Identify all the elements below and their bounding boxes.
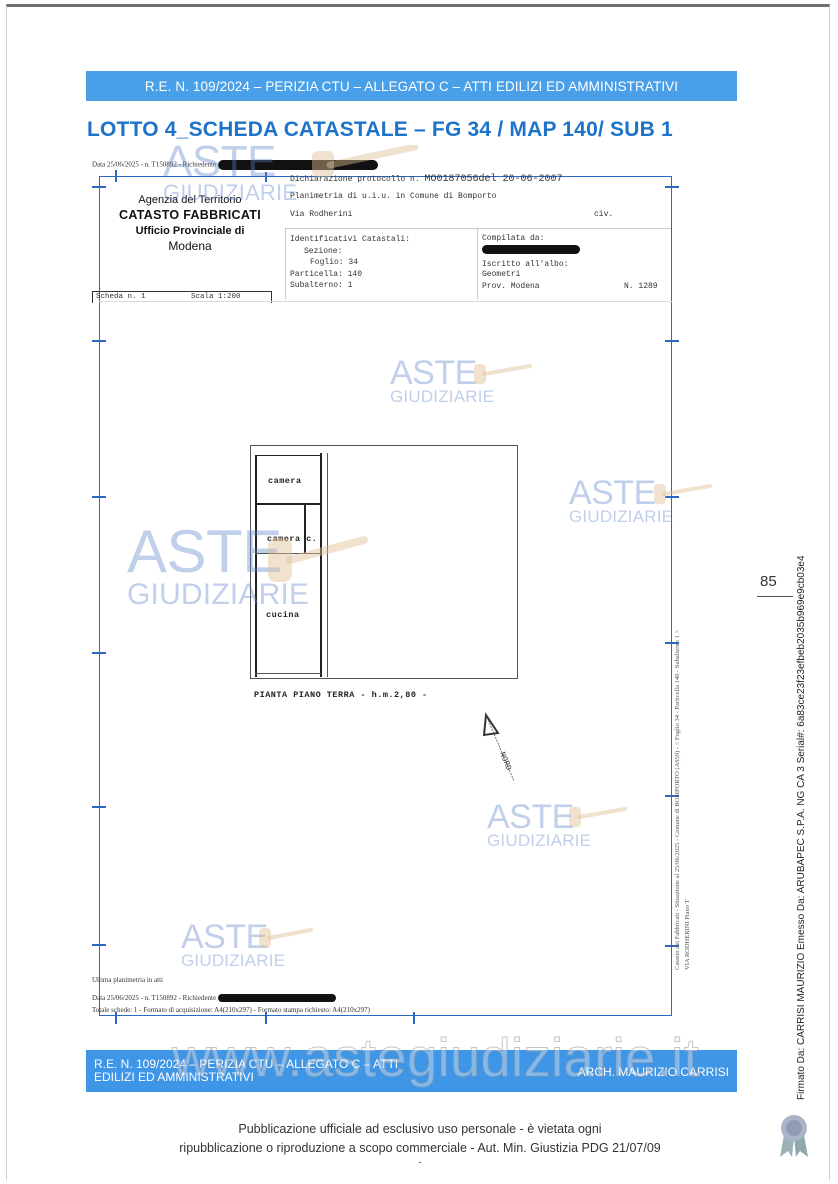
sezione: Sezione:	[290, 246, 410, 258]
side-registry-note: Catasto dei Fabbricati - Situazione al 2…	[674, 520, 681, 970]
identifiers-heading: Identificativi Catastali:	[290, 234, 410, 246]
separator	[99, 301, 672, 302]
frame-tick	[92, 496, 106, 498]
north-arrow-icon: NORD	[480, 705, 525, 785]
publication-line-2: ripubblicazione o riproduzione a scopo c…	[140, 1139, 700, 1158]
frame-tick	[92, 652, 106, 654]
publication-dash: -	[140, 1158, 700, 1166]
format-note: Totale schede: 1 - Formato di acquisizio…	[92, 1006, 370, 1018]
header-banner: R.E. N. 109/2024 – PERIZIA CTU – ALLEGAT…	[86, 71, 737, 101]
plan-caption: PIANTA PIANO TERRA - h.m.2,80 -	[254, 690, 428, 700]
north-label: NORD	[497, 751, 513, 772]
frame-tick	[92, 806, 106, 808]
frame-tick	[413, 1012, 415, 1024]
gavel-watermark-icon	[470, 360, 535, 390]
digital-signature: Firmato Da: CARRISI MAURIZIO Emesso Da: …	[796, 555, 807, 1100]
certification-seal-icon	[776, 1113, 812, 1159]
room-label: camera	[268, 476, 302, 486]
redacted-compiler	[482, 245, 580, 254]
room-label: cucina	[266, 610, 300, 620]
publication-line-1: Pubblicazione ufficiale ad esclusivo uso…	[140, 1120, 700, 1139]
protocol-number: MO0187056del 20-06-2007	[424, 174, 562, 185]
side-registry-note-2: VIA RODHERINI Piano T	[684, 900, 691, 970]
albo-value: Geometri	[482, 270, 580, 280]
last-plan-note: Ultima planimetria in atti	[92, 976, 370, 988]
compiled-by: Compilata da: Iscritto all'albo: Geometr…	[482, 234, 580, 280]
registration-number: N. 1289	[624, 282, 658, 291]
page-number-rule	[757, 596, 793, 597]
cadastral-identifiers: Identificativi Catastali: Sezione: Fogli…	[290, 234, 410, 292]
foglio: Foglio: 34	[290, 257, 410, 269]
subalterno: Subalterno: 1	[290, 280, 410, 292]
request-date-note: Data 25/06/2025 - n. T150892 - Richieden…	[92, 994, 216, 1002]
office-label: Ufficio Provinciale di	[105, 225, 275, 237]
compiled-by-heading: Compilata da:	[482, 234, 580, 244]
albo-label: Iscritto all'albo:	[482, 260, 580, 270]
civic-number-label: civ.	[594, 210, 613, 219]
frame-tick	[92, 340, 106, 342]
gavel-watermark-icon	[650, 480, 715, 510]
redacted-requester	[218, 994, 336, 1002]
gavel-watermark-icon	[262, 530, 372, 590]
publication-notice: Pubblicazione ufficiale ad esclusivo uso…	[140, 1120, 700, 1166]
frame-tick	[665, 340, 679, 342]
frame-tick	[92, 944, 106, 946]
gavel-watermark-icon	[255, 924, 315, 954]
sheet-footer-notes: Ultima planimetria in atti Data 25/06/20…	[92, 976, 370, 1018]
catasto-title: CATASTO FABBRICATI	[105, 208, 275, 222]
gavel-watermark-icon	[300, 145, 420, 185]
aste-watermark: ASTE GIUDIZIARIE	[163, 140, 297, 204]
site-url-watermark: www.astegiudiziarie.it	[172, 1027, 699, 1089]
header-banner-text: R.E. N. 109/2024 – PERIZIA CTU – ALLEGAT…	[145, 79, 678, 94]
address-line: Via Rodherini	[290, 210, 352, 219]
gavel-watermark-icon	[565, 803, 630, 833]
planimetria-line: Planimetria di u.i.u. in Comune di Bompo…	[290, 192, 496, 201]
frame-tick	[92, 186, 106, 188]
frame-tick	[115, 170, 117, 182]
particella: Particella: 140	[290, 269, 410, 281]
frame-tick	[665, 186, 679, 188]
page-number: 85	[760, 573, 777, 590]
province: Prov. Modena	[482, 282, 540, 291]
office-city: Modena	[105, 239, 275, 253]
